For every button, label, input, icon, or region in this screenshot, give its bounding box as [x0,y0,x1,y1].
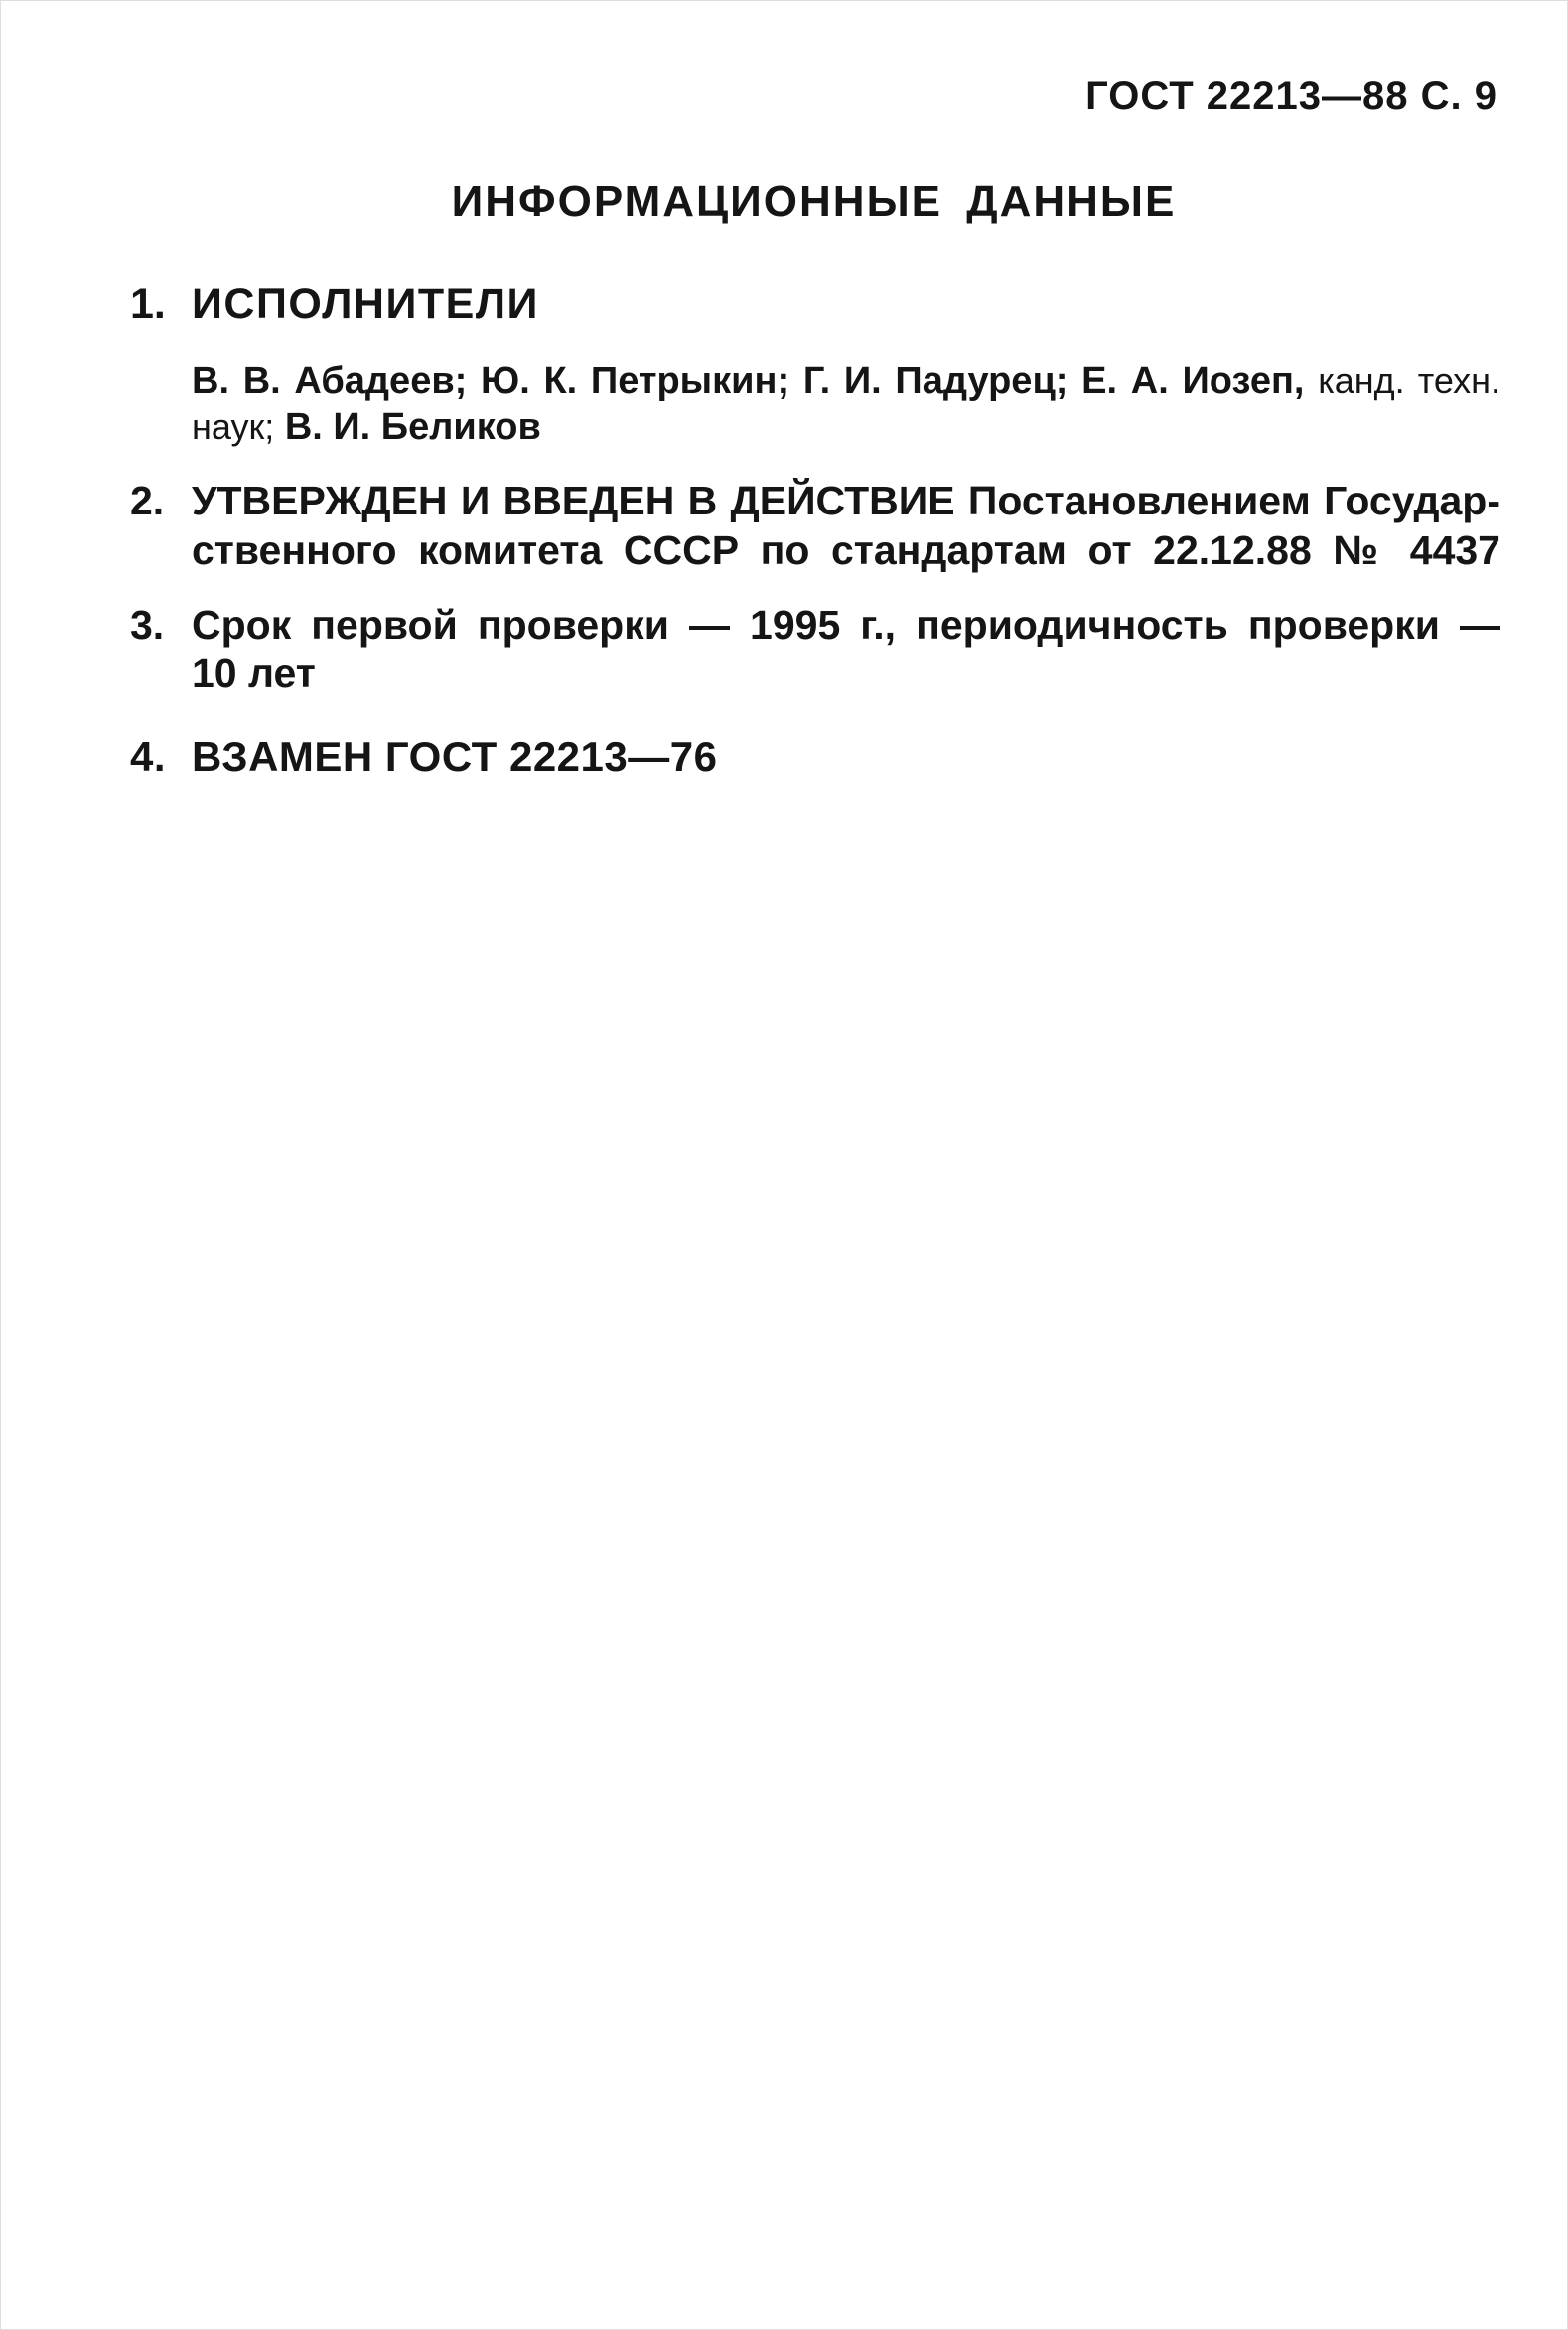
section-3-text: Срок первой проверки — 1995 г., периодич… [192,601,1500,698]
page-header-standard-number: ГОСТ 22213—88 С. 9 [130,74,1497,118]
section-2-text: УТВЕРЖДЕН И ВВЕДЕН В ДЕЙСТВИЕ Постановле… [192,476,1500,575]
executors-names-part-1: В. В. Абадеев; Ю. К. Петрыкин; Г. И. Пад… [192,361,1305,402]
section-1-number: 1. [130,281,192,328]
section-2-approval: 2. УТВЕРЖДЕН И ВВЕДЕН В ДЕЙСТВИЕ Постано… [130,476,1500,575]
section-2-line-2: ственного комитета СССР по стандартам от… [192,525,1500,575]
section-4-text: ВЗАМЕН ГОСТ 22213—76 [192,734,1500,780]
document-page: ГОСТ 22213—88 С. 9 ИНФОРМАЦИОННЫЕ ДАННЫЕ… [1,1,1568,2330]
section-2-number: 2. [130,476,192,575]
section-1-body-line-1: В. В. Абадеев; Ю. К. Петрыкин; Г. И. Пад… [192,359,1500,404]
executors-degree-part-1: канд. техн. [1318,361,1500,401]
section-4-replaces: 4. ВЗАМЕН ГОСТ 22213—76 [130,734,1500,780]
section-1-body-line-2: наук; В. И. Беликов [192,404,1500,450]
scanned-document-page: { "page": { "header": "ГОСТ 22213—88 С. … [0,0,1568,2330]
executors-names-part-2: В. И. Беликов [285,406,541,448]
document-title: ИНФОРМАЦИОННЫЕ ДАННЫЕ [130,178,1497,225]
section-3-line-1: Срок первой проверки — 1995 г., периодич… [192,601,1500,650]
section-1-heading: ИСПОЛНИТЕЛИ [192,281,1500,328]
section-2-line-1: УТВЕРЖДЕН И ВВЕДЕН В ДЕЙСТВИЕ Постановле… [192,476,1500,525]
section-4-number: 4. [130,734,192,780]
section-3-number: 3. [130,601,192,698]
section-3-line-2: 10 лет [192,650,1500,698]
section-1-body: В. В. Абадеев; Ю. К. Петрыкин; Г. И. Пад… [192,359,1500,450]
executors-degree-part-2: наук; [192,406,274,447]
section-1-executors: 1. ИСПОЛНИТЕЛИ [130,281,1500,328]
section-3-inspection-period: 3. Срок первой проверки — 1995 г., перио… [130,601,1500,698]
